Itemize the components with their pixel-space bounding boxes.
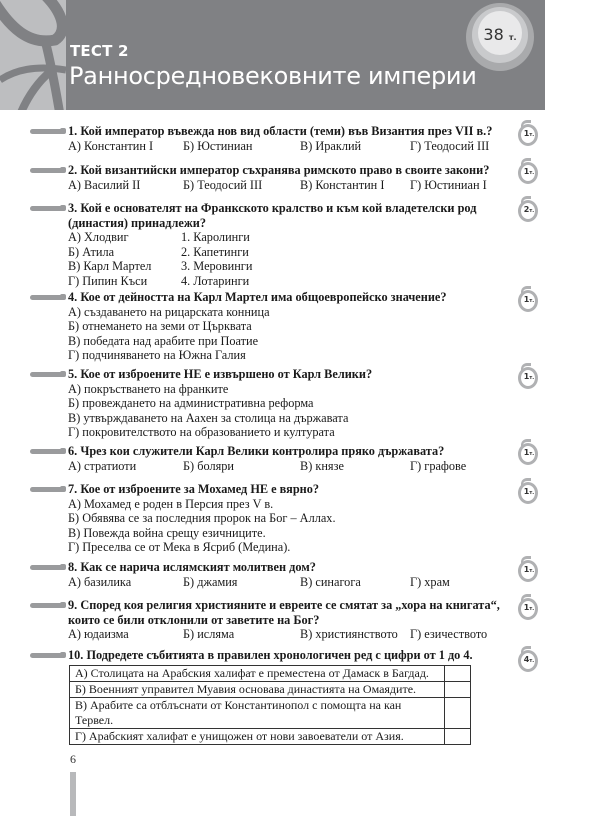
order-answer-cell[interactable] [445, 682, 471, 698]
question-text: 9. Според коя религия християните и евре… [68, 598, 500, 627]
option-b[interactable]: Б) Атила [68, 245, 181, 260]
option-d[interactable]: Г) подчиняването на Южна Галия [68, 348, 500, 363]
question-10: 10. Подредете събитията в правилен хроно… [30, 648, 500, 663]
question-9: 9. Според коя религия християните и евре… [30, 598, 500, 642]
option-b[interactable]: Б) джамия [183, 575, 300, 590]
option-b[interactable]: Б) Юстиниан [183, 139, 300, 154]
option-a[interactable]: А) покръстването на франките [68, 382, 500, 397]
table-row: Г) Арабският халифат е унищожен от нови … [70, 729, 471, 745]
event-text: А) Столицата на Арабския халифат е преме… [70, 666, 445, 682]
chronology-table: А) Столицата на Арабския халифат е преме… [69, 665, 471, 745]
total-points-badge: 38 т. [466, 3, 534, 71]
answer-options: А) базилика Б) джамия В) синагога Г) хра… [68, 575, 500, 590]
event-text: В) Арабите са отблъснати от Константиноп… [70, 698, 445, 729]
points-icon: 4т. [518, 648, 542, 674]
option-c[interactable]: В) християнството [300, 627, 410, 642]
question-4: 4. Кое от дейността на Карл Мартел има о… [30, 290, 500, 363]
question-text: 8. Как се нарича ислямският молитвен дом… [68, 560, 500, 575]
option-b[interactable]: Б) отнемането на земи от Църквата [68, 319, 500, 334]
test-header-banner: ТЕСТ 2 Ранносредновековните империи 38 т… [0, 0, 545, 110]
option-d[interactable]: Г) Преселва се от Мека в Ясриб (Медина). [68, 540, 500, 555]
option-c[interactable]: В) Повежда война срещу езичниците. [68, 526, 500, 541]
option-c[interactable]: В) утвърждаването на Аахен за столица на… [68, 411, 500, 426]
question-bullet-icon [30, 653, 64, 658]
question-bullet-icon [30, 487, 64, 492]
table-row: В) Арабите са отблъснати от Константиноп… [70, 698, 471, 729]
option-b[interactable]: Б) исляма [183, 627, 300, 642]
question-text: 6. Чрез кои служители Карл Велики контро… [68, 444, 500, 459]
question-bullet-icon [30, 206, 64, 211]
option-a[interactable]: А) стратиоти [68, 459, 183, 474]
option-c[interactable]: В) синагога [300, 575, 410, 590]
option-a[interactable]: А) създаването на рицарската конница [68, 305, 500, 320]
points-unit: т. [509, 33, 517, 42]
question-bullet-icon [30, 295, 64, 300]
question-7: 7. Кое от изброените за Мохамед НЕ е вяр… [30, 482, 500, 555]
points-icon: 1т. [518, 122, 542, 148]
points-icon: 1т. [518, 160, 542, 186]
option-a[interactable]: А) Мохамед е роден в Персия през V в. [68, 497, 500, 512]
points-icon: 1т. [518, 441, 542, 467]
question-bullet-icon [30, 372, 64, 377]
question-5: 5. Кое от изброените НЕ е извършено от К… [30, 367, 500, 440]
points-icon: 1т. [518, 596, 542, 622]
option-d[interactable]: Г) покровителството на образованието и к… [68, 425, 500, 440]
option-d[interactable]: Г) Юстиниан I [410, 178, 487, 193]
question-bullet-icon [30, 129, 64, 134]
page-number: 6 [70, 752, 76, 767]
question-text: 7. Кое от изброените за Мохамед НЕ е вяр… [68, 482, 500, 497]
table-row: Б) Военният управител Муавия основава ди… [70, 682, 471, 698]
points-icon: 1т. [518, 365, 542, 391]
event-text: Б) Военният управител Муавия основава ди… [70, 682, 445, 698]
option-a[interactable]: А) Константин I [68, 139, 183, 154]
question-2: 2. Кой византийски император съхранява р… [30, 163, 500, 192]
question-bullet-icon [30, 565, 64, 570]
option-b[interactable]: Б) Теодосий III [183, 178, 300, 193]
test-number-label: ТЕСТ 2 [70, 42, 129, 60]
question-6: 6. Чрез кои служители Карл Велики контро… [30, 444, 500, 473]
option-c[interactable]: В) Ираклий [300, 139, 410, 154]
decorative-strip [70, 772, 76, 816]
test-title: Ранносредновековните империи [69, 62, 477, 90]
points-icon: 1т. [518, 558, 542, 584]
question-3: 3. Кой е основателят на Франкското кралс… [30, 201, 500, 288]
answer-options: А) Василий II Б) Теодосий III В) Констан… [68, 178, 500, 193]
dynasty-3[interactable]: 3. Меровинги [181, 259, 252, 274]
dynasty-2[interactable]: 2. Капетинги [181, 245, 249, 260]
order-answer-cell[interactable] [445, 698, 471, 729]
points-icon: 2т. [518, 198, 542, 224]
question-text: 2. Кой византийски император съхранява р… [68, 163, 500, 178]
option-d[interactable]: Г) езичеството [410, 627, 487, 642]
decorative-pattern [0, 0, 66, 110]
answer-options: А) Константин I Б) Юстиниан В) Ираклий Г… [68, 139, 500, 154]
question-8: 8. Как се нарича ислямският молитвен дом… [30, 560, 500, 589]
option-a[interactable]: А) Хлодвиг [68, 230, 181, 245]
question-text: 1. Кой император въвежда нов вид области… [68, 124, 500, 139]
option-d[interactable]: Г) храм [410, 575, 450, 590]
option-b[interactable]: Б) Обявява се за последния пророк на Бог… [68, 511, 500, 526]
question-text: 5. Кое от изброените НЕ е извършено от К… [68, 367, 500, 382]
option-c[interactable]: В) князе [300, 459, 410, 474]
dynasty-1[interactable]: 1. Каролинги [181, 230, 250, 245]
answer-options: А) стратиоти Б) боляри В) князе Г) графо… [68, 459, 500, 474]
question-text: 10. Подредете събитията в правилен хроно… [68, 648, 500, 663]
option-a[interactable]: А) юдаизма [68, 627, 183, 642]
option-a[interactable]: А) базилика [68, 575, 183, 590]
points-icon: 1т. [518, 480, 542, 506]
option-b[interactable]: Б) боляри [183, 459, 300, 474]
option-d[interactable]: Г) графове [410, 459, 466, 474]
question-bullet-icon [30, 603, 64, 608]
total-points-value: 38 [483, 25, 503, 44]
question-bullet-icon [30, 168, 64, 173]
question-1: 1. Кой император въвежда нов вид области… [30, 124, 500, 153]
table-row: А) Столицата на Арабския халифат е преме… [70, 666, 471, 682]
question-text: 4. Кое от дейността на Карл Мартел има о… [68, 290, 500, 305]
option-d[interactable]: Г) Теодосий III [410, 139, 489, 154]
option-c[interactable]: В) Карл Мартел [68, 259, 181, 274]
option-d[interactable]: Г) Пипин Къси [68, 274, 181, 289]
option-c[interactable]: В) Константин I [300, 178, 410, 193]
points-icon: 1т. [518, 288, 542, 314]
event-text: Г) Арабският халифат е унищожен от нови … [70, 729, 445, 745]
option-b[interactable]: Б) провеждането на административна рефор… [68, 396, 500, 411]
option-a[interactable]: А) Василий II [68, 178, 183, 193]
question-bullet-icon [30, 449, 64, 454]
question-text: 3. Кой е основателят на Франкското кралс… [68, 201, 500, 230]
order-answer-cell[interactable] [445, 729, 471, 745]
order-answer-cell[interactable] [445, 666, 471, 682]
option-c[interactable]: В) победата над арабите при Поатие [68, 334, 500, 349]
dynasty-4[interactable]: 4. Лотаринги [181, 274, 249, 289]
answer-options: А) юдаизма Б) исляма В) християнството Г… [68, 627, 500, 642]
